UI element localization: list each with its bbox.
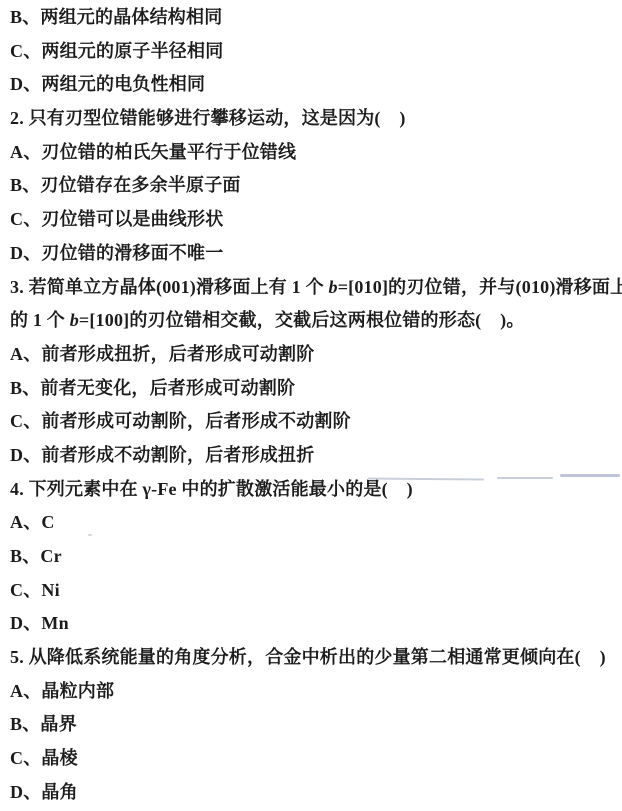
question-5-option-c: C、晶棱 (10, 742, 622, 776)
scan-speck-artifact (88, 534, 92, 536)
burgers-vector-symbol: b (329, 277, 338, 297)
question-3-option-d: D、前者形成不动割阶，后者形成扭折 (10, 439, 622, 473)
question-5-option-a: A、晶粒内部 (10, 675, 622, 709)
scan-line-artifact (497, 477, 553, 479)
stem-text: =[100]的刃位错相交截，交截后这两根位错的形态( )。 (79, 310, 525, 330)
question-4-option-d: D、Mn (10, 607, 622, 641)
question-5: 5. 从降低系统能量的角度分析，合金中析出的少量第二相通常更倾向在( ) A、晶… (10, 641, 622, 809)
question-3-stem-line-2: 的 1 个 b=[100]的刃位错相交截，交截后这两根位错的形态( )。 (10, 304, 622, 338)
question-1-option-d: D、两组元的电负性相同 (10, 68, 622, 102)
stem-text: 3. 若简单立方晶体(001)滑移面上有 1 个 (10, 277, 329, 297)
stem-text: =[010]的刃位错，并与(010)滑移面上 (338, 277, 622, 297)
question-2-option-d: D、刃位错的滑移面不唯一 (10, 237, 622, 271)
question-2-option-c: C、刃位错可以是曲线形状 (10, 203, 622, 237)
question-3-option-c: C、前者形成可动割阶，后者形成不动割阶 (10, 405, 622, 439)
stem-text: 的 1 个 (10, 310, 70, 330)
scan-line-artifact (560, 474, 620, 477)
question-1-option-c: C、两组元的原子半径相同 (10, 35, 622, 69)
question-2-option-b: B、刃位错存在多余半原子面 (10, 169, 622, 203)
question-5-stem: 5. 从降低系统能量的角度分析，合金中析出的少量第二相通常更倾向在( ) (10, 641, 622, 675)
question-3-stem-line-1: 3. 若简单立方晶体(001)滑移面上有 1 个 b=[010]的刃位错，并与(… (10, 271, 622, 305)
question-4-option-c: C、Ni (10, 574, 622, 608)
question-4: 4. 下列元素中在 γ-Fe 中的扩散激活能最小的是( ) A、C B、Cr C… (10, 473, 622, 641)
question-4-option-a: A、C (10, 506, 622, 540)
exam-page: B、两组元的晶体结构相同 C、两组元的原子半径相同 D、两组元的电负性相同 2.… (0, 0, 622, 811)
question-2-option-a: A、刃位错的柏氏矢量平行于位错线 (10, 136, 622, 170)
question-5-option-d: D、晶角 (10, 776, 622, 810)
question-2: 2. 只有刃型位错能够进行攀移运动，这是因为( ) A、刃位错的柏氏矢量平行于位… (10, 102, 622, 270)
question-3: 3. 若简单立方晶体(001)滑移面上有 1 个 b=[010]的刃位错，并与(… (10, 271, 622, 473)
question-4-option-b: B、Cr (10, 540, 622, 574)
question-2-stem: 2. 只有刃型位错能够进行攀移运动，这是因为( ) (10, 102, 622, 136)
question-1-options: B、两组元的晶体结构相同 C、两组元的原子半径相同 D、两组元的电负性相同 (10, 1, 622, 102)
question-3-option-a: A、前者形成扭折，后者形成可动割阶 (10, 338, 622, 372)
question-3-option-b: B、前者无变化，后者形成可动割阶 (10, 372, 622, 406)
question-1-option-b: B、两组元的晶体结构相同 (10, 1, 622, 35)
question-5-option-b: B、晶界 (10, 708, 622, 742)
burgers-vector-symbol: b (70, 310, 79, 330)
